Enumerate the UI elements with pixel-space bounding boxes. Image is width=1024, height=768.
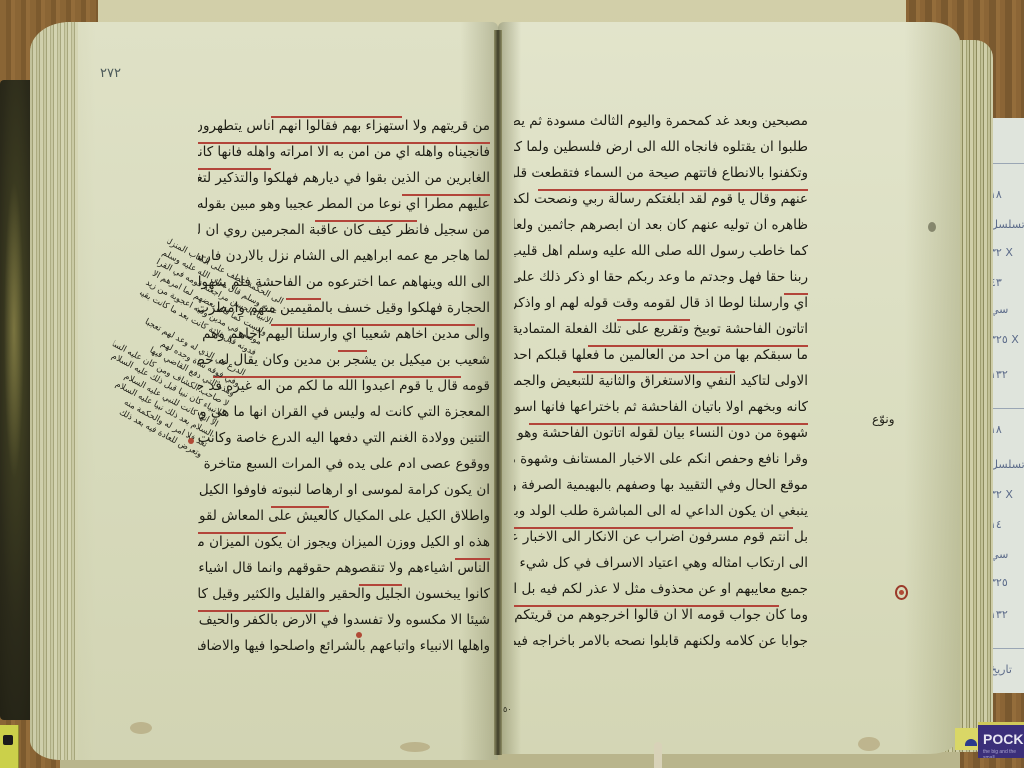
text-line: ما سبقكم بها من احد من العالمين ما فعلها… [514, 342, 808, 368]
gutter-note: ٥٠ [503, 705, 512, 714]
card-entry: تاريخ [990, 663, 1012, 676]
right-page-text: مصبحين وبعد غد كمحمرة واليوم الثالث مسود… [514, 108, 808, 654]
stain [130, 722, 152, 734]
card-entry: ٣٢ X [990, 488, 1013, 501]
text-line: لما هاجر مع عمه ابراهيم الى الشام نزل با… [198, 243, 490, 269]
margin-correction: ونوّع [872, 412, 895, 426]
pocket-label: POCKE the big and the small [978, 722, 1024, 758]
text-line: وما كان جواب قومه الا ان قالوا اخرجوهم م… [514, 602, 808, 628]
text-line: الناس اشياءهم ولا تنقصوهم حقوقهم وانما ق… [198, 555, 490, 581]
photo-scene: ١٨ تسلسل ٣٢ X ٤٣ سي ٣٢٥ X ١٣٢ ١٨ تسلسل ٣… [0, 0, 1024, 768]
text-line: المعجزة التي كانت له وليس في القران انها… [198, 399, 490, 425]
text-line: وقرا نافع وحفص انكم على الاخبار المستانف… [514, 446, 808, 472]
red-seal-icon [895, 585, 908, 600]
text-line: الاولى لتاكيد النفي والاستغراق والثانية … [514, 368, 808, 394]
text-line: شيئا الا مكسوه ولا تفسدوا في الارض بالكف… [198, 607, 490, 633]
label-mark-icon [965, 739, 977, 746]
red-verse-marker [188, 438, 194, 444]
left-fore-edge [30, 22, 78, 760]
text-line: من سجيل فانظر كيف كان عاقبة المجرمين روي… [198, 217, 490, 243]
text-line: ينبغي ان يكون الداعي له الى المباشرة طلب… [514, 498, 808, 524]
left-page-text: من قريتهم ولا استهزاء بهم فقالوا انهم ان… [198, 113, 490, 659]
text-line: مصبحين وبعد غد كمحمرة واليوم الثالث مسود… [514, 108, 808, 134]
text-line: واهلها الانبياء واتباعهم بالشرائع واصلحو… [198, 633, 490, 659]
folio-number: ٢٧٢ [100, 66, 121, 81]
stain [400, 742, 430, 752]
card-entry: ٣٢ X [990, 246, 1013, 259]
text-line: عنهم وقال يا قوم لقد ابلغتكم رسالة ربي و… [514, 186, 808, 212]
stain [928, 222, 936, 232]
text-line: ووقوع عصى ادم على يده في المرات السبع مت… [198, 451, 490, 477]
card-entry: تسلسل [990, 458, 1024, 471]
text-line: الغابرين من الذين بقوا في ديارهم فهلكوا … [198, 165, 490, 191]
card-entry: تسلسل [990, 218, 1024, 231]
text-line: اي وارسلنا لوطا اذ قال لقومه وقت قوله له… [514, 290, 808, 316]
text-line: اتاتون الفاحشة توبيخ وتقريع على تلك الفع… [514, 316, 808, 342]
text-line: فانجيناه واهله اي من امن به الا امراته و… [198, 139, 490, 165]
text-line: وتكفنوا بالانطاع فاتتهم صيحة من السماء ف… [514, 160, 808, 186]
red-verse-marker [356, 632, 362, 638]
pocket-label-subtext: the big and the small [983, 749, 1024, 758]
text-line: طلبوا ان يقتلوه فانجاه الله الى ارض فلسط… [514, 134, 808, 160]
text-line: الى ارتكاب امثاله وهي اعتياد الاسراف في … [514, 550, 808, 576]
yellow-label-left [0, 725, 19, 768]
bookmark-string [654, 742, 662, 768]
text-line: جوابا عن كلامه ولكنهم قابلوا نصحه بالامر… [514, 628, 808, 654]
text-line: موقع الحال وفي التقييد بها وصفهم بالبهيم… [514, 472, 808, 498]
text-line: ظاهره ان توليه عنهم كان بعد ان ابصرهم جا… [514, 212, 808, 238]
text-line: بل انتم قوم مسرفون اضراب عن الانكار الى … [514, 524, 808, 550]
text-line: كانه وبخهم اولا باتيان الفاحشة ثم باخترا… [514, 394, 808, 420]
text-line: ان يكون كرامة لموسى او ارهاصا لنبوته فاو… [198, 477, 490, 503]
label-mark-icon [3, 735, 13, 745]
card-entry: ٣٢٥ X [990, 333, 1019, 346]
text-line: جميع معايبهم او عن محذوف مثل لا عذر لكم … [514, 576, 808, 602]
book-gutter [494, 30, 502, 755]
text-line: ربنا حقا فهل وجدتم ما وعد ربكم حقا او ذك… [514, 264, 808, 290]
text-line: التنين وولادة الغنم التي دفعها اليه الدر… [198, 425, 490, 451]
text-line: هذه او الكيل ووزن الميزان ويجوز ان يكون … [198, 529, 490, 555]
text-line: كانوا يبخسون الجليل والحقير والقليل والك… [198, 581, 490, 607]
text-line: شهوة من دون النساء بيان لقوله اتاتون الف… [514, 420, 808, 446]
text-line: من قريتهم ولا استهزاء بهم فقالوا انهم ان… [198, 113, 490, 139]
stain [858, 737, 880, 751]
text-line: واطلاق الكيل على المكيال كالعيش على المع… [198, 503, 490, 529]
text-line: عليهم مطرا اي نوعا من المطر عجيبا وهو مب… [198, 191, 490, 217]
text-line: كما خاطب رسول الله صلى الله عليه وسلم اه… [514, 238, 808, 264]
pocket-label-text: POCKE [983, 731, 1024, 747]
